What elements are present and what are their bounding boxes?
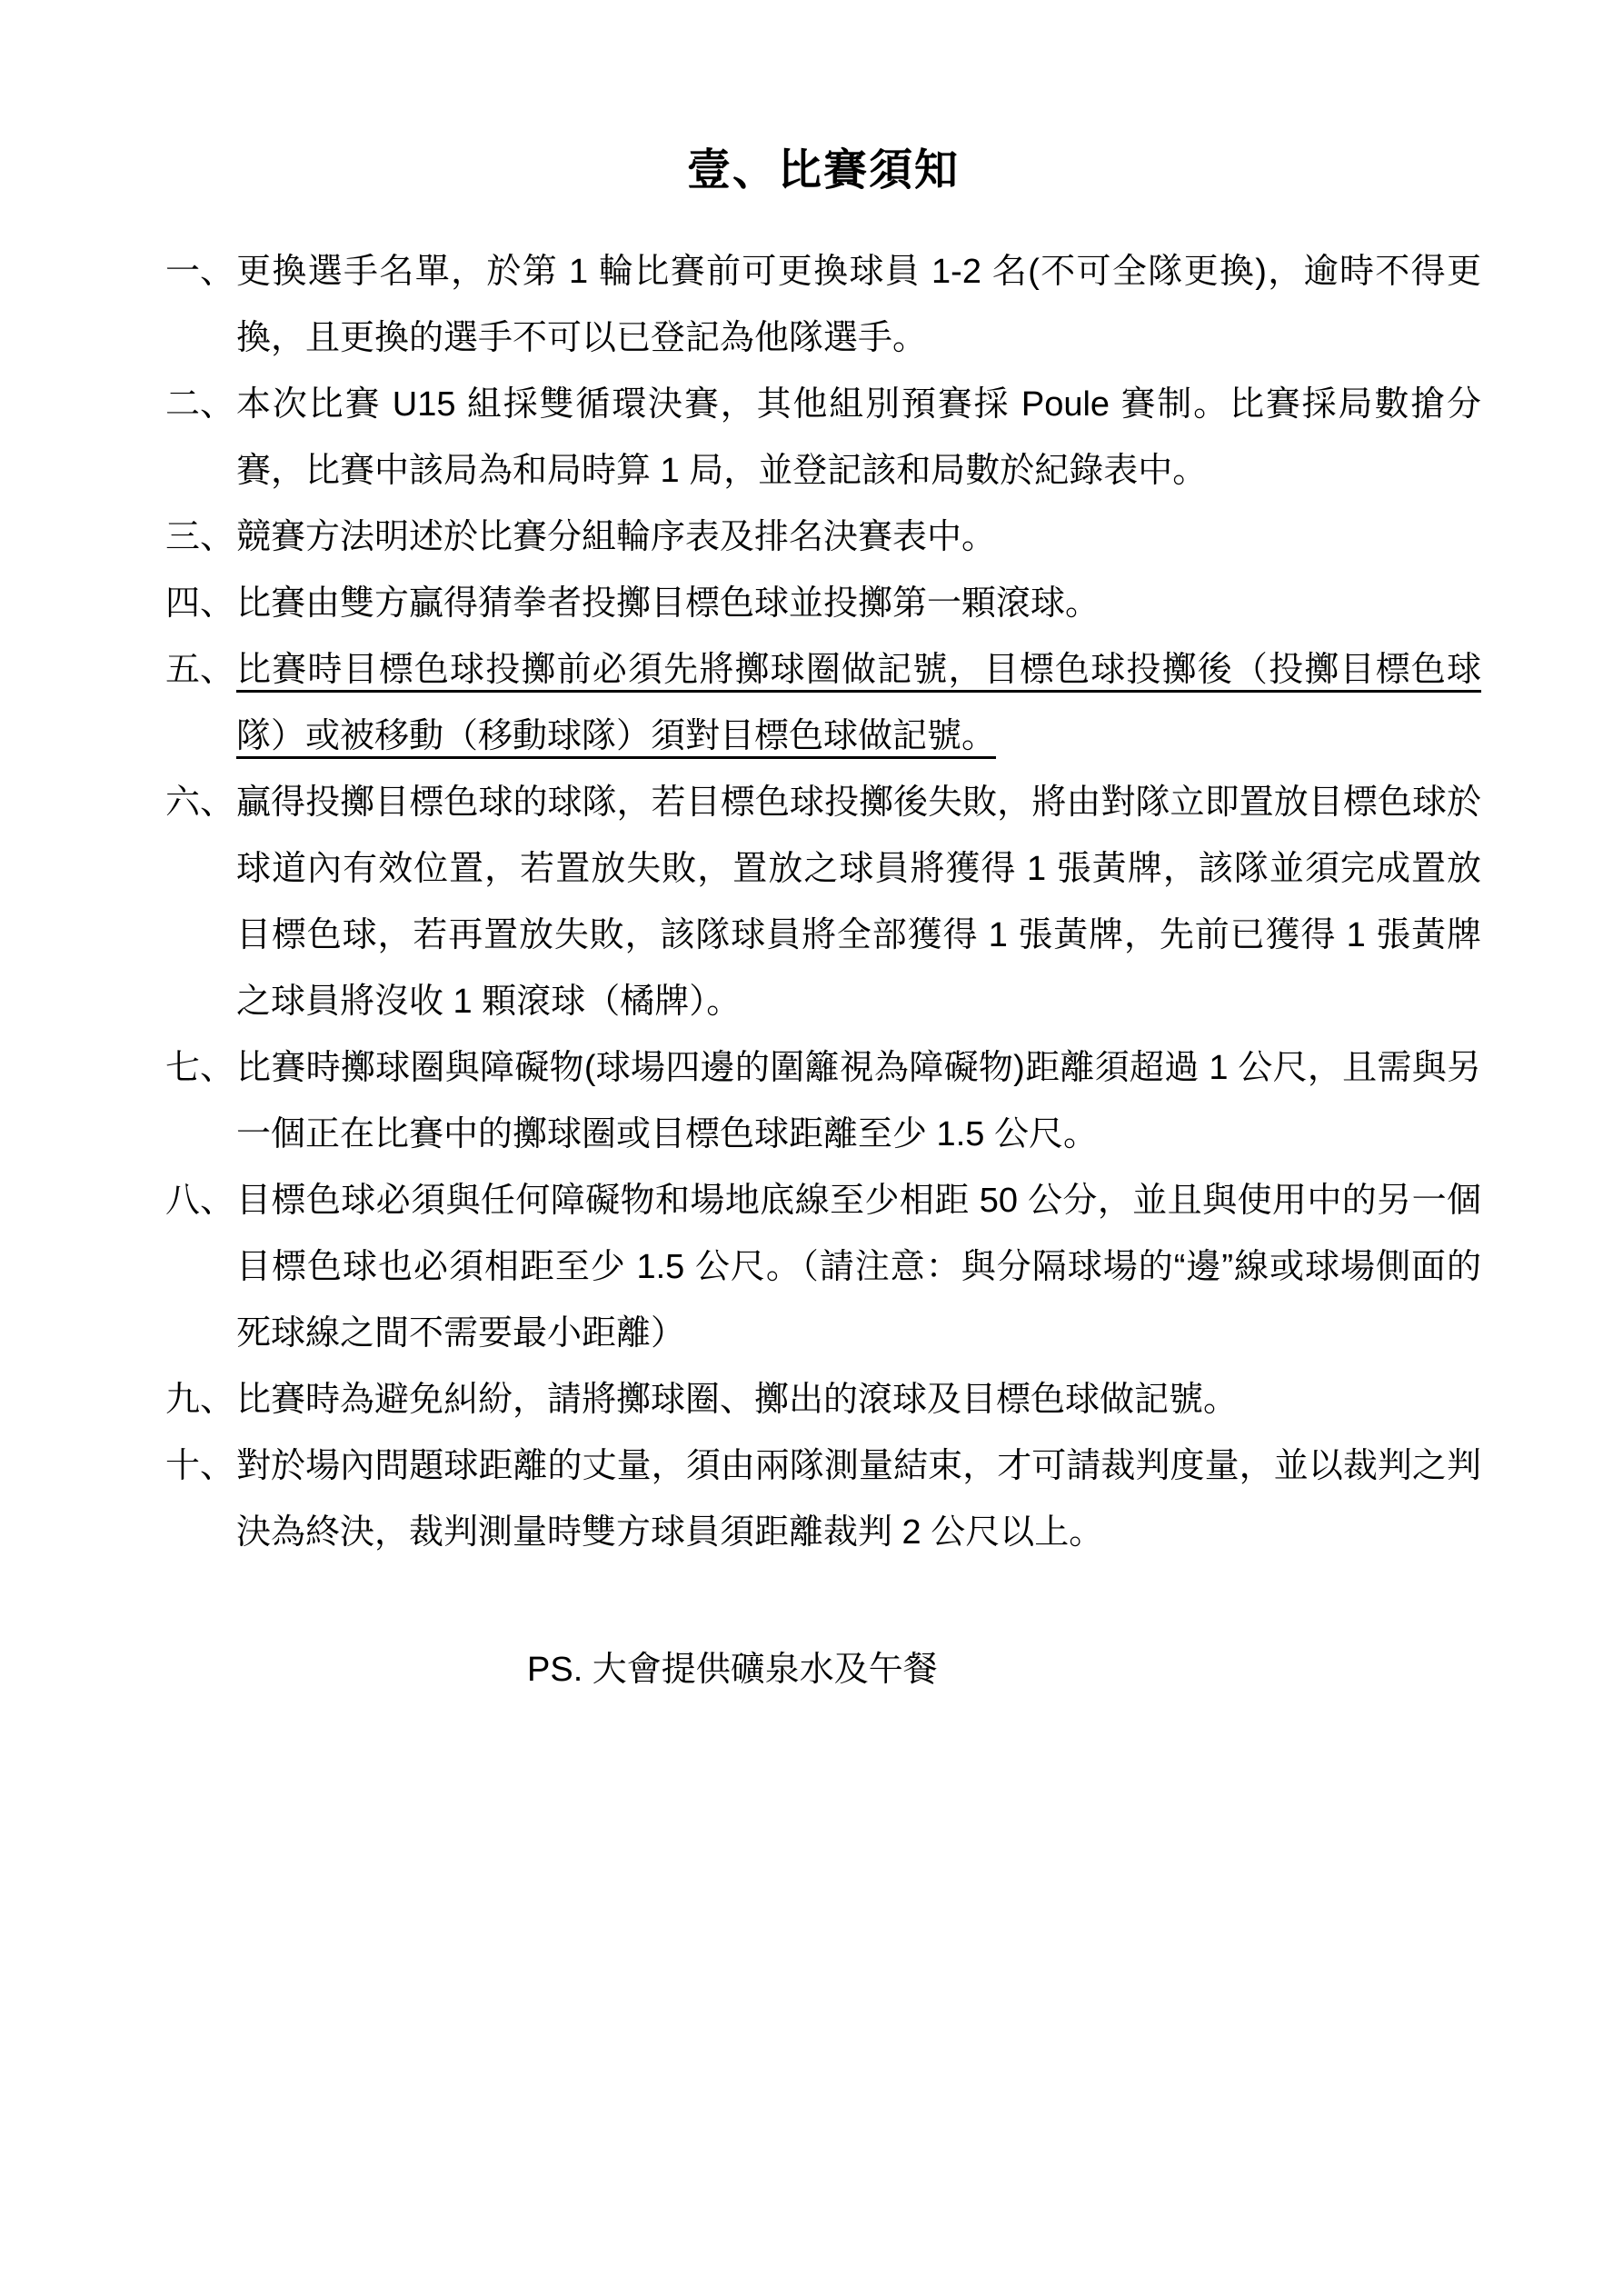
item-text: 對於場內問題球距離的丈量，須由兩隊測量結束，才可請裁判度量，並以裁判之判決為終決… <box>236 1433 1481 1566</box>
item-marker: 九、 <box>165 1367 236 1433</box>
item-text: 比賽由雙方贏得猜拳者投擲目標色球並投擲第一顆滾球。 <box>236 571 1481 637</box>
list-item: 一、 更換選手名單，於第 1 輪比賽前可更換球員 1-2 名(不可全隊更換)，逾… <box>165 239 1481 372</box>
rules-list: 一、 更換選手名單，於第 1 輪比賽前可更換球員 1-2 名(不可全隊更換)，逾… <box>165 239 1481 1566</box>
item-marker: 七、 <box>165 1035 236 1102</box>
item-text: 比賽時擲球圈與障礙物(球場四邊的圍籬視為障礙物)距離須超過 1 公尺，且需與另一… <box>236 1035 1481 1168</box>
item-text: 目標色球必須與任何障礙物和場地底線至少相距 50 公分，並且與使用中的另一個目標… <box>236 1168 1481 1367</box>
item-marker: 四、 <box>165 571 236 637</box>
list-item: 八、 目標色球必須與任何障礙物和場地底線至少相距 50 公分，並且與使用中的另一… <box>165 1168 1481 1367</box>
list-item: 三、 競賽方法明述於比賽分組輪序表及排名決賽表中。 <box>165 504 1481 571</box>
item-text: 比賽時目標色球投擲前必須先將擲球圈做記號，目標色球投擲後（投擲目標色球隊）或被移… <box>236 637 1481 770</box>
item-marker: 十、 <box>165 1433 236 1500</box>
list-item: 四、 比賽由雙方贏得猜拳者投擲目標色球並投擲第一顆滾球。 <box>165 571 1481 637</box>
list-item: 九、 比賽時為避免糾紛，請將擲球圈、擲出的滾球及目標色球做記號。 <box>165 1367 1481 1433</box>
list-item: 六、 贏得投擲目標色球的球隊，若目標色球投擲後失敗，將由對隊立即置放目標色球於球… <box>165 770 1481 1035</box>
list-item: 十、 對於場內問題球距離的丈量，須由兩隊測量結束，才可請裁判度量，並以裁判之判決… <box>165 1433 1481 1566</box>
list-item: 五、 比賽時目標色球投擲前必須先將擲球圈做記號，目標色球投擲後（投擲目標色球隊）… <box>165 637 1481 770</box>
item-marker: 八、 <box>165 1168 236 1234</box>
item-text: 本次比賽 U15 組採雙循環決賽，其他組別預賽採 Poule 賽制。比賽採局數搶… <box>236 372 1481 504</box>
item-marker: 一、 <box>165 239 236 305</box>
item-text: 贏得投擲目標色球的球隊，若目標色球投擲後失敗，將由對隊立即置放目標色球於球道內有… <box>236 770 1481 1035</box>
document-page: 壹、比賽須知 一、 更換選手名單，於第 1 輪比賽前可更換球員 1-2 名(不可… <box>0 0 1623 2296</box>
postscript-note: PS. 大會提供礦泉水及午餐 <box>165 1637 1481 1703</box>
item-text: 更換選手名單，於第 1 輪比賽前可更換球員 1-2 名(不可全隊更換)，逾時不得… <box>236 239 1481 372</box>
page-title: 壹、比賽須知 <box>165 144 1481 198</box>
item-marker: 三、 <box>165 504 236 571</box>
list-item: 二、 本次比賽 U15 組採雙循環決賽，其他組別預賽採 Poule 賽制。比賽採… <box>165 372 1481 504</box>
item-text: 競賽方法明述於比賽分組輪序表及排名決賽表中。 <box>236 504 1481 571</box>
item-marker: 六、 <box>165 770 236 836</box>
item-text: 比賽時為避免糾紛，請將擲球圈、擲出的滾球及目標色球做記號。 <box>236 1367 1481 1433</box>
list-item: 七、 比賽時擲球圈與障礙物(球場四邊的圍籬視為障礙物)距離須超過 1 公尺，且需… <box>165 1035 1481 1168</box>
item-marker: 五、 <box>165 637 236 704</box>
item-marker: 二、 <box>165 372 236 438</box>
